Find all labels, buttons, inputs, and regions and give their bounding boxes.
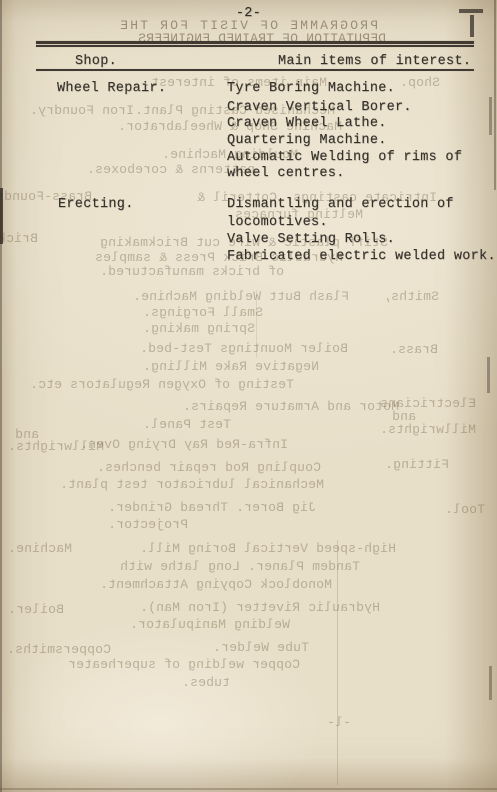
ghost-column-rule [337,540,338,785]
left-page-edge [0,0,2,792]
bottom-page-edge [0,788,497,790]
item-line: Dismantling and erection of [227,198,454,212]
ghost-text: Machine. [8,542,72,555]
ghost-text: -l- [327,716,351,729]
ghost-text: Shop. [400,76,440,89]
left-page-edge-dark [0,188,3,244]
ghost-text: Smiths, [383,290,439,303]
top-rule-lower [36,45,474,47]
col-header-shop: Shop. [75,55,117,69]
item-line: Craven Vertical Borer. [227,101,412,115]
item-line: Fabricated electric welded work. [227,250,496,264]
ghost-text: Welding Manipulator. [130,618,290,631]
ghost-text: of bricks manufactured. [100,265,284,278]
edge-mark [489,97,492,135]
item-line: Craven Wheel Lathe. [227,117,387,131]
edge-mark [489,666,492,700]
ghost-text: Negative Rake Milling. [143,360,319,373]
ghost-text: Coppersmiths. [7,643,111,656]
edge-mark [470,15,474,37]
ghost-text: Boiler Mountings Test-bed. [140,342,348,355]
ghost-text: Coupling Rod repair benches. [97,461,321,474]
ghost-text: Motor and Armature Repairs. [183,400,399,413]
col-header-items: Main items of interest. [278,55,471,69]
ghost-text: Spring making. [143,322,255,335]
edge-mark [459,9,483,13]
ghost-text: Brass. [390,343,438,356]
ghost-text: Small Forgings. [143,306,263,319]
ghost-column-rule-upper [256,290,257,358]
ghost-text: Jig Borer. Thread Grinder. [108,501,316,514]
ghost-text: Test Panel. [143,418,231,431]
item-line: locomotives. [227,216,328,230]
ghost-text: Tool. [445,503,485,516]
ghost-text: Flash Butt Welding Machine. [133,290,349,303]
ghost-text: Millwrights. [8,440,104,453]
ghost-text: Monoblock Copying Attachment. [100,578,332,591]
item-line: wheel centres. [227,167,345,181]
top-rule-upper [36,41,474,44]
shop-label: Wheel Repair. [57,82,166,96]
ghost-text: Infra-Red Ray Drying Oven. [80,438,288,451]
item-line: Automatic Welding of rims of [227,151,462,165]
ghost-text: Millwrights. [380,423,476,436]
edge-mark [487,357,490,393]
ghost-text: Mechanical lubricator test plant. [60,478,324,491]
item-line: Quartering Machine. [227,134,387,148]
header-rule [36,69,474,71]
page-number: -2- [0,7,497,21]
ghost-text: Boiler. [8,603,64,616]
document-page: PROGRAMME OF VISIT FOR THEDEPUTATION OF … [0,0,497,792]
ghost-text: Copper welding of superheater [68,658,300,671]
ghost-text: Fitting. [385,458,449,471]
shop-label: Erecting. [58,198,134,212]
ghost-text: Testing of Oxygen Regulators etc. [30,378,294,391]
ghost-text: High-speed Vertical Boring Mill. [140,542,396,555]
edge-mark [494,0,496,190]
ghost-text: tubes. [182,676,230,689]
ghost-text: Hydraulic Rivetter (Iron Man). [140,601,380,614]
ghost-text: Tube Welder. [213,641,309,654]
item-line: Tyre Boring Machine. [227,82,395,96]
item-line: Valve Setting Rolls. [227,233,395,247]
ghost-text: Iron Foundry. [30,104,134,117]
ghost-text: Tandem Planer. Long lathe with [120,560,360,573]
ghost-text: Brick. [0,232,38,245]
ghost-text: Projector. [108,518,188,531]
